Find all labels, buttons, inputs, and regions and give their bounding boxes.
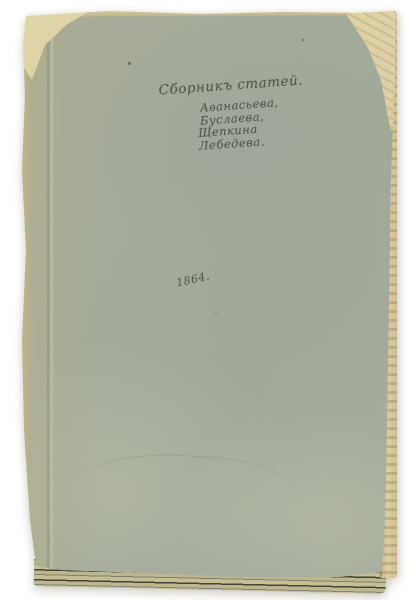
handwritten-inscription: Сборникъ статей. Аѳанасьева, Буслаева, Щ…	[138, 71, 328, 156]
front-cover: Сборникъ статей. Аѳанасьева, Буслаева, Щ…	[0, 0, 416, 600]
book-cover-photo: Сборникъ статей. Аѳанасьева, Буслаева, Щ…	[0, 0, 416, 600]
photo-canvas: Сборникъ статей. Аѳанасьева, Буслаева, Щ…	[0, 0, 416, 600]
